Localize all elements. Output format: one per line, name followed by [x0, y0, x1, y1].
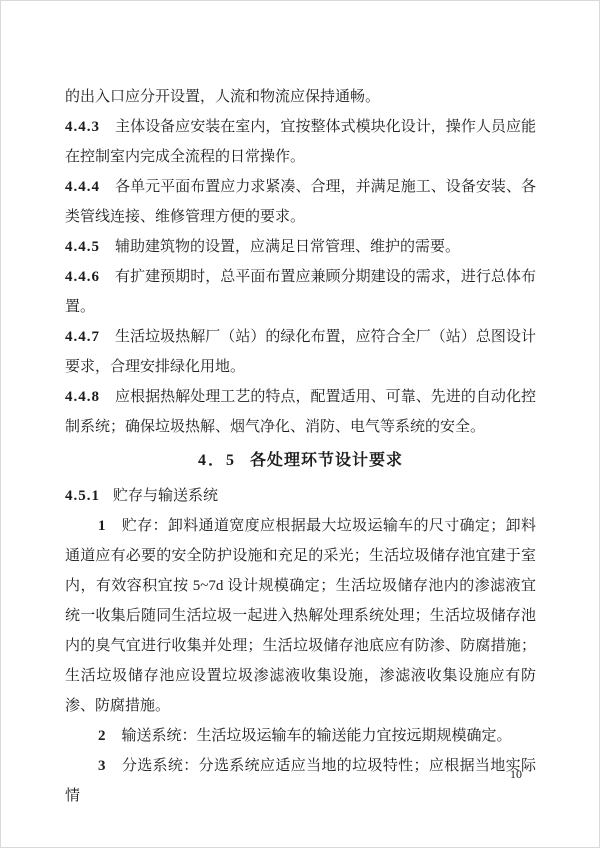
section-text: 各单元平面布置应力求紧凑、合理，并满足施工、设备安装、各类管线连接、维修管理方便…: [65, 179, 536, 225]
paragraph-text: 的出入口应分开设置，人流和物流应保持通畅。: [65, 89, 380, 105]
item-text: 贮存：卸料通道宽度应根据最大垃圾运输车的尺寸确定；卸料通道应有必要的安全防护设施…: [65, 518, 536, 714]
heading-title: 各处理环节设计要求: [250, 452, 403, 469]
section-text: 应根据热解处理工艺的特点，配置适用、可靠、先进的自动化控制系统；确保垃圾热解、烟…: [65, 389, 536, 435]
document-page: 的出入口应分开设置，人流和物流应保持通畅。 4.4.3主体设备应安装在室内，宜按…: [0, 0, 600, 848]
item-text: 分选系统：分选系统应适应当地的垃圾特性；应根据当地实际情: [65, 758, 536, 804]
section-number: 4.4.6: [65, 269, 100, 285]
section-number: 4.4.5: [65, 239, 100, 255]
section-number: 4.4.3: [65, 119, 100, 135]
section-text: 辅助建筑物的设置，应满足日常管理、维护的需要。: [115, 239, 460, 255]
item-number: 3: [98, 758, 106, 774]
section-text: 主体设备应安装在室内，宜按整体式模块化设计，操作人员应能在控制室内完成全流程的日…: [65, 119, 536, 165]
list-item-1: 1贮存：卸料通道宽度应根据最大垃圾运输车的尺寸确定；卸料通道应有必要的安全防护设…: [65, 511, 536, 721]
item-number: 2: [98, 728, 106, 744]
section-paragraph-4-4-3: 4.4.3主体设备应安装在室内，宜按整体式模块化设计，操作人员应能在控制室内完成…: [65, 112, 536, 172]
list-item-3: 3分选系统：分选系统应适应当地的垃圾特性；应根据当地实际情: [65, 751, 536, 811]
section-paragraph-4-4-5: 4.4.5辅助建筑物的设置，应满足日常管理、维护的需要。: [65, 232, 536, 262]
section-text: 有扩建预期时，总平面布置应兼顾分期建设的需求，进行总体布置。: [65, 269, 536, 315]
section-paragraph-4-4-4: 4.4.4各单元平面布置应力求紧凑、合理，并满足施工、设备安装、各类管线连接、维…: [65, 172, 536, 232]
section-number: 4.4.7: [65, 329, 100, 345]
item-number: 1: [98, 518, 106, 534]
section-heading-4-5: 4．5各处理环节设计要求: [65, 446, 536, 476]
list-item-2: 2输送系统：生活垃圾运输车的输送能力宜按远期规模确定。: [65, 721, 536, 751]
item-text: 输送系统：生活垃圾运输车的输送能力宜按远期规模确定。: [122, 728, 512, 744]
section-number: 4.4.8: [65, 389, 100, 405]
section-paragraph-4-4-8: 4.4.8应根据热解处理工艺的特点，配置适用、可靠、先进的自动化控制系统；确保垃…: [65, 382, 536, 442]
page-number: 10: [510, 766, 522, 782]
paragraph-continuation: 的出入口应分开设置，人流和物流应保持通畅。: [65, 82, 536, 112]
section-text: 生活垃圾热解厂（站）的绿化布置，应符合全厂（站）总图设计要求，合理安排绿化用地。: [65, 329, 536, 375]
document-body: 的出入口应分开设置，人流和物流应保持通畅。 4.4.3主体设备应安装在室内，宜按…: [65, 82, 536, 811]
heading-number: 4．5: [198, 452, 236, 469]
subsection-title: 贮存与输送系统: [113, 488, 218, 504]
section-paragraph-4-4-7: 4.4.7生活垃圾热解厂（站）的绿化布置，应符合全厂（站）总图设计要求，合理安排…: [65, 322, 536, 382]
section-number: 4.4.4: [65, 179, 100, 195]
subsection-heading-4-5-1: 4.5.1贮存与输送系统: [65, 481, 536, 511]
subsection-number: 4.5.1: [65, 488, 100, 504]
section-paragraph-4-4-6: 4.4.6有扩建预期时，总平面布置应兼顾分期建设的需求，进行总体布置。: [65, 262, 536, 322]
